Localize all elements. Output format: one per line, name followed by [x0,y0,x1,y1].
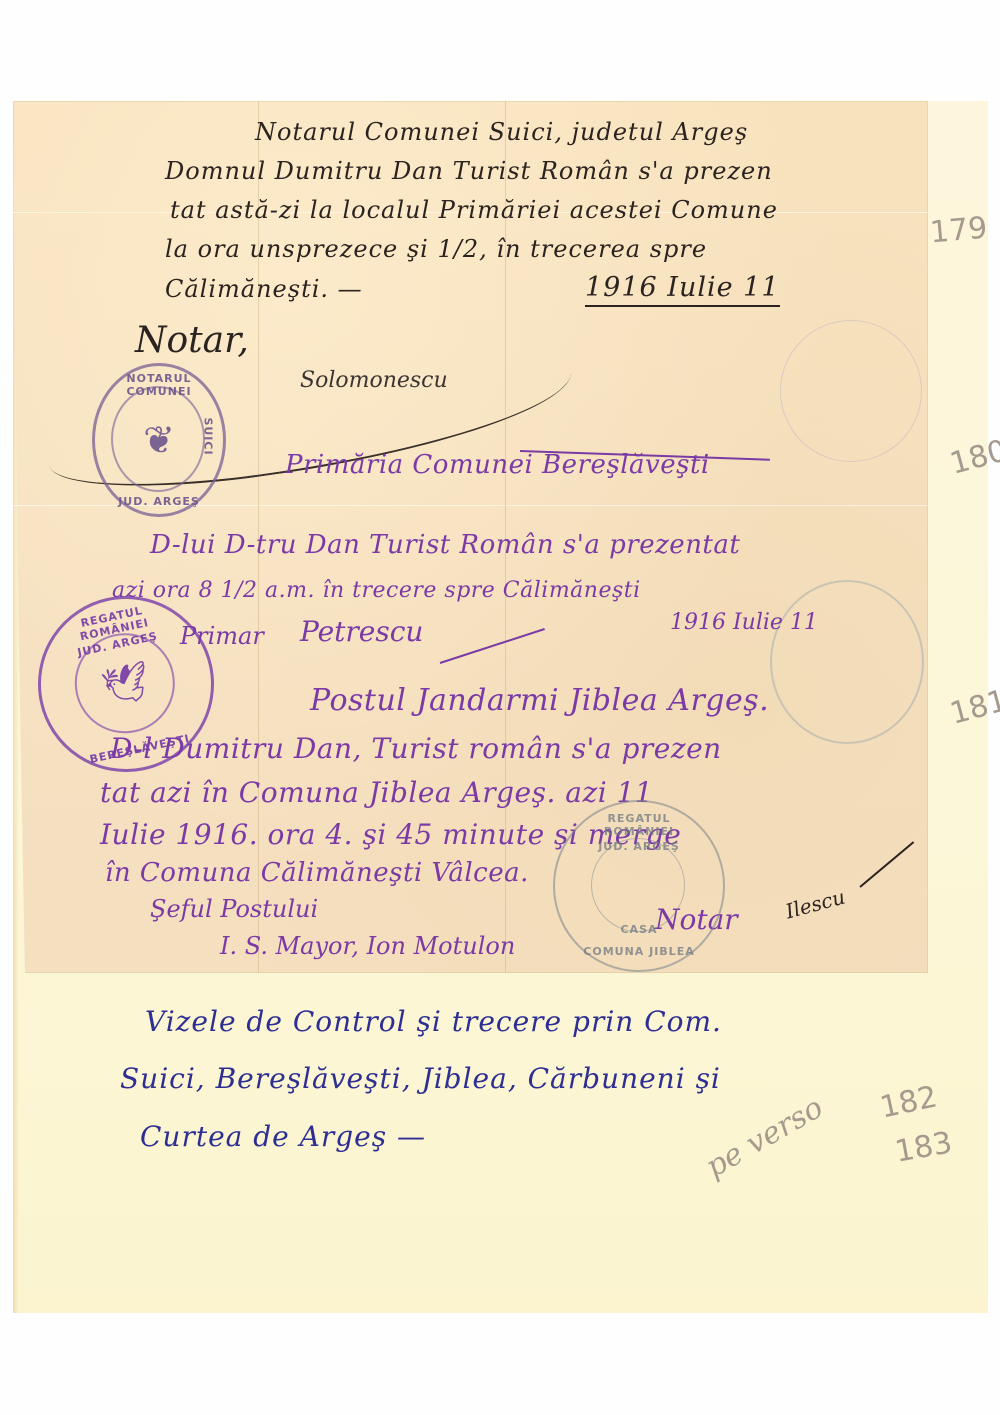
post-line: tat azi în Comuna Jiblea Argeş. azi 11 [100,776,653,809]
primaria-line: azi ora 8 1/2 a.m. în trecere spre Călim… [112,578,641,603]
notary-line: tat astă-zi la localul Primăriei acestei… [170,196,778,224]
annotation-line: Curtea de Argeş — [140,1120,426,1153]
stamp-top-text: NOTARUL COMUNEI [107,372,211,398]
notary-line: Domnul Dumitru Dan Turist Român s'a prez… [165,157,773,185]
post-line: D-l Dumitru Dan, Turist român s'a prezen [110,732,722,765]
stamp-inner-ring [111,386,205,492]
notary-stamp: NOTARUL COMUNEI SUICI JUD. ARGEŞ ❦ [92,363,226,517]
stamp-inner-text: JUD. ARGEŞ [595,840,683,853]
post-signature: I. S. Mayor, Ion Motulon [220,932,515,960]
notary-title: Notar, [135,320,249,361]
post-signature-title: Şeful Postului [150,895,318,923]
mirrored-stamp [770,580,924,744]
annotation-line: Suici, Bereşlăveşti, Jiblea, Cărbuneni ş… [120,1062,721,1095]
notary-date: 1916 Iulie 11 [585,272,780,307]
page-number: 179 [929,211,989,251]
stamp-bottom-text: COMUNA JIBLEA [579,945,699,958]
post-stamp: REGATUL ROMÂNIEI JUD. ARGEŞ CASA COMUNA … [553,800,725,972]
faint-stamp [780,320,922,462]
annotation-line: Vizele de Control şi trecere prin Com. [145,1005,722,1038]
primaria-line: D-lui D-tru Dan Turist Român s'a prezent… [150,530,740,560]
notary-line: la ora unsprezece şi 1/2, în trecerea sp… [165,235,707,263]
stamp-sub-text: CASA [605,923,673,936]
primaria-date: 1916 Iulie 11 [670,610,818,635]
post-line: în Comuna Călimăneşti Vâlcea. [105,858,529,888]
stamp-bottom-text: JUD. ARGEŞ [113,495,205,508]
notary-line: Călimăneşti. — [165,275,363,303]
notary-line: Notarul Comunei Suici, judetul Argeş [255,118,748,146]
primaria-signature: Petrescu [300,615,423,648]
stamp-side-text: SUICI [201,417,214,455]
stamp-top-text: REGATUL ROMÂNIEI [577,812,701,838]
post-heading: Postul Jandarmi Jiblea Argeş. [310,683,769,718]
